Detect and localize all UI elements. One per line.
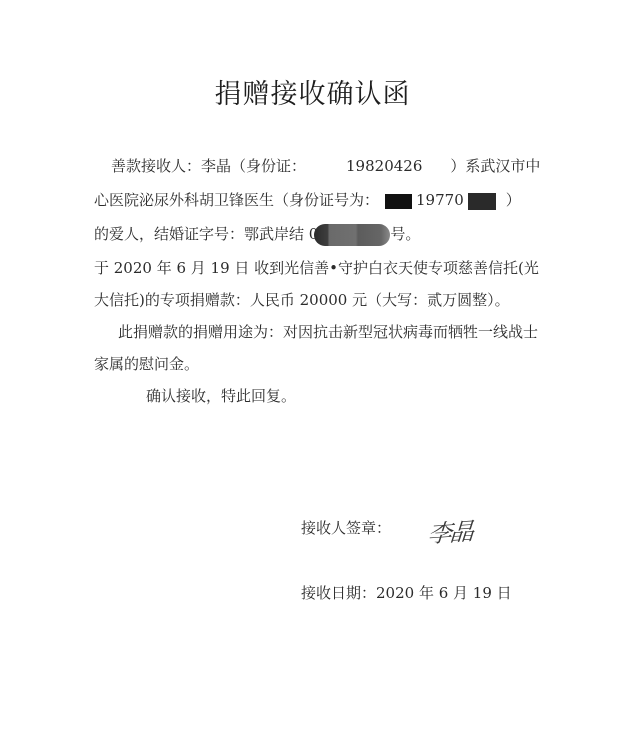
donation-line-1: 于 2020 年 6 月 19 日 收到光信善•守护白衣天使专项慈善信托(光 xyxy=(94,258,539,278)
receipt-date: 接收日期：2020 年 6 月 19 日 xyxy=(301,584,512,602)
recipient-line-3: 的爱人，结婚证字号：鄂武岸结 0号。 xyxy=(94,224,420,246)
purpose-line-1: 此捐赠款的捐赠用途为：对因抗击新型冠状病毒而牺牲一线战士 xyxy=(118,322,538,342)
redaction-block xyxy=(385,194,412,209)
donation-line-2: 大信托)的专项捐赠款：人民币 20000 元（大写：贰万圆整）。 xyxy=(94,290,510,310)
donation-purpose-text-cont: 家属的慰问金。 xyxy=(94,355,199,373)
recipient-line-2-suffix: ） xyxy=(506,191,521,209)
receipt-date-line: 接收日期：2020 年 6 月 19 日 xyxy=(301,583,512,603)
recipient-line-2: 心医院泌尿外科胡卫锋医生（身份证号为：19770） xyxy=(94,190,521,210)
signature-label: 接收人签章： xyxy=(301,519,391,537)
recipient-line-1-suffix: ）系武汉市中 xyxy=(450,157,540,175)
confirmation-text: 确认接收，特此回复。 xyxy=(146,387,296,405)
signature-label-line: 接收人签章： xyxy=(301,518,391,538)
donation-amount-text: 大信托)的专项捐赠款：人民币 20000 元（大写：贰万圆整）。 xyxy=(94,291,510,309)
recipient-line-3-suffix: 号。 xyxy=(390,225,420,243)
spouse-info-label: 心医院泌尿外科胡卫锋医生（身份证号为： xyxy=(94,191,379,209)
purpose-line-2: 家属的慰问金。 xyxy=(94,354,199,374)
redaction-block-2 xyxy=(468,193,496,210)
recipient-label: 善款接收人：李晶（身份证： xyxy=(111,157,306,175)
donation-receipt-text: 于 2020 年 6 月 19 日 收到光信善•守护白衣天使专项慈善信托(光 xyxy=(94,259,539,277)
marriage-cert-label: 的爱人，结婚证字号：鄂武岸结 0 xyxy=(94,225,318,243)
handwritten-signature: 李晶 xyxy=(427,512,474,550)
document-page: 捐赠接收确认函 善款接收人：李晶（身份证：19820426）系武汉市中 心医院泌… xyxy=(0,0,625,744)
donation-purpose-text: 此捐赠款的捐赠用途为：对因抗击新型冠状病毒而牺牲一线战士 xyxy=(118,323,538,341)
recipient-id-partial: 19820426 xyxy=(346,157,422,175)
spouse-id-partial: 19770 xyxy=(416,191,464,209)
recipient-line-1: 善款接收人：李晶（身份证：19820426）系武汉市中 xyxy=(111,156,540,176)
document-title: 捐赠接收确认函 xyxy=(0,72,625,111)
redaction-smudge xyxy=(314,224,390,246)
confirmation-line: 确认接收，特此回复。 xyxy=(146,386,296,406)
